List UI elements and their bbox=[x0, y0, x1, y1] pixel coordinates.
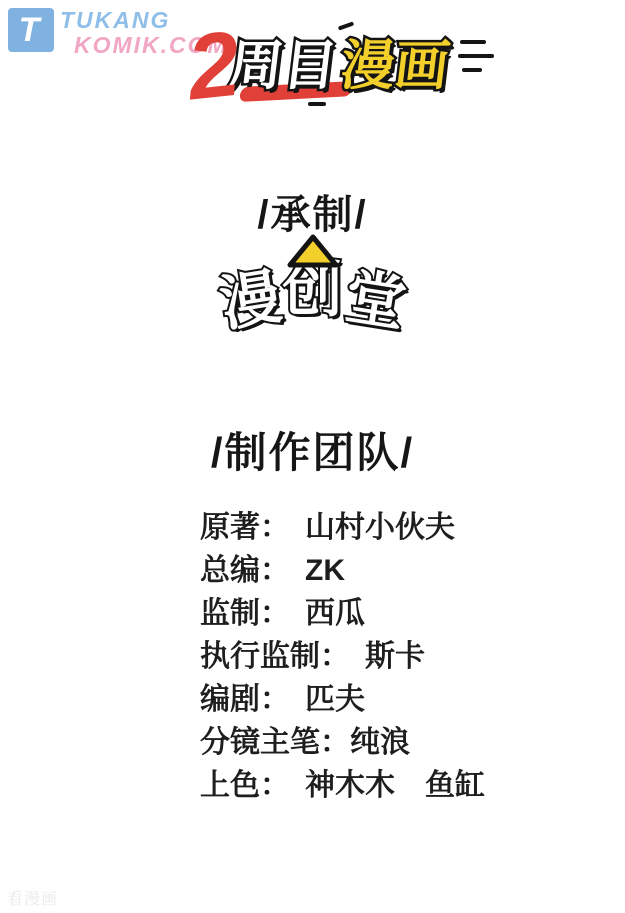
tukang-t-icon: T bbox=[8, 8, 54, 52]
credit-row-storyboard-artist: 分镜主笔：纯浪 bbox=[200, 721, 600, 764]
studio-char-1: 漫 bbox=[216, 267, 285, 336]
credit-row-original-author: 原著： 山村小伙夫 bbox=[200, 506, 600, 549]
credit-row-executive-supervisor: 执行监制： 斯卡 bbox=[200, 635, 600, 678]
studio-char-3: 堂 bbox=[340, 267, 409, 336]
producer-heading: /承制/ bbox=[0, 183, 625, 240]
tukang-t-letter: T bbox=[19, 13, 40, 47]
team-heading: /制作团队/ bbox=[0, 420, 625, 480]
manchuangtang-studio-logo: 漫 创 堂 bbox=[0, 238, 625, 333]
tukang-komik-watermark: T TUKANG KOMIK.COM bbox=[8, 5, 188, 65]
studio-char-2: 创 bbox=[283, 261, 343, 321]
credit-row-screenwriter: 编剧： 匹夫 bbox=[200, 678, 600, 721]
watermark-line1: TUKANG bbox=[60, 7, 170, 34]
roof-triangle-icon bbox=[287, 234, 339, 268]
manga-credits-page: T TUKANG KOMIK.COM 2 周目 漫画 /承制/ 漫 创 堂 /制… bbox=[0, 0, 625, 913]
credits-list: 原著： 山村小伙夫 总编： ZK 监制： 西瓜 执行监制： 斯卡 编剧： 匹夫 … bbox=[200, 506, 600, 807]
bottom-watermark: 看漫画 bbox=[7, 886, 58, 909]
credit-row-chief-editor: 总编： ZK bbox=[200, 549, 600, 592]
credit-row-supervisor: 监制： 西瓜 bbox=[200, 592, 600, 635]
logo-part2: 漫画 bbox=[338, 39, 453, 93]
credit-row-colorist: 上色： 神木木 鱼缸 bbox=[200, 764, 600, 807]
logo-part1: 周目 bbox=[226, 39, 341, 93]
series-logo: 2 周目 漫画 bbox=[188, 18, 468, 113]
logo-number: 2 bbox=[183, 17, 244, 114]
